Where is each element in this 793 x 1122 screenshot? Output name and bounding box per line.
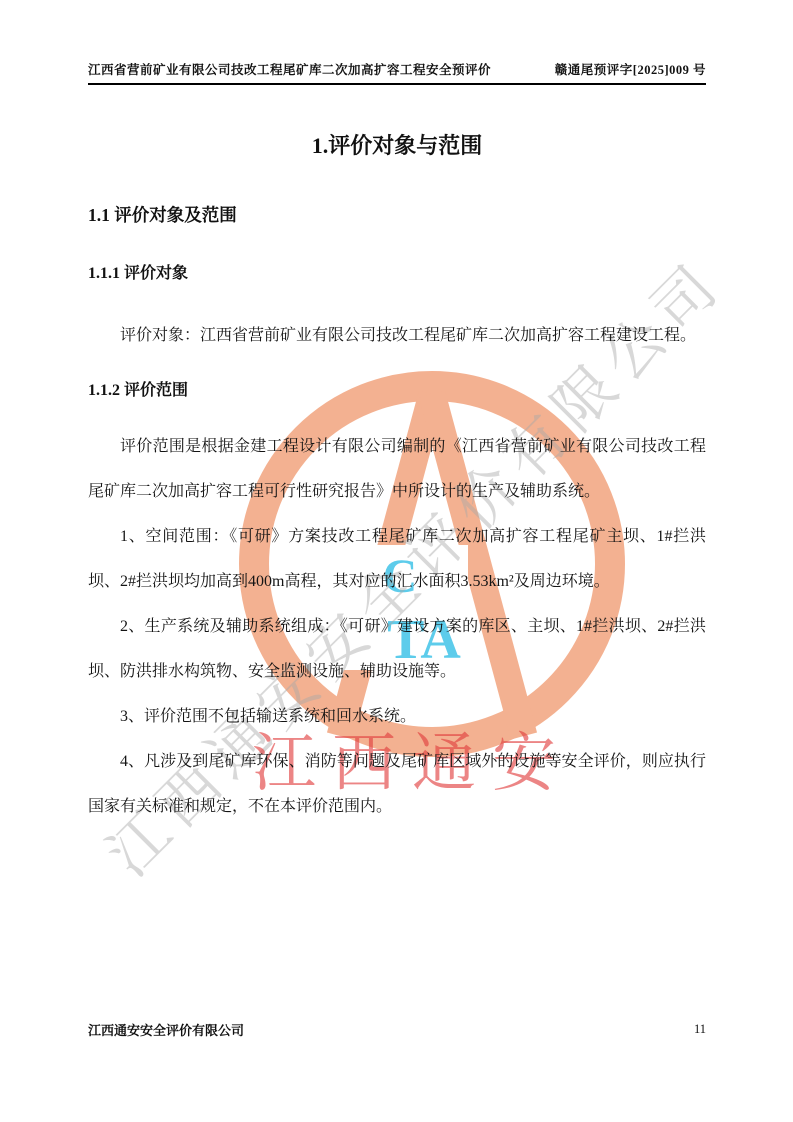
section-1-1-1-heading: 1.1.1 评价对象 xyxy=(88,261,706,287)
scope-item-1: 1、空间范围：《可研》方案技改工程尾矿库二次加高扩容工程尾矿主坝、1#拦洪坝、2… xyxy=(88,514,706,604)
header-report-title: 江西省营前矿业有限公司技改工程尾矿库二次加高扩容工程安全预评价 xyxy=(88,60,491,78)
scope-item-4: 4、凡涉及到尾矿库环保、消防等问题及尾矿库区域外的设施等安全评价，则应执行国家有… xyxy=(88,739,706,829)
evaluation-object-paragraph: 评价对象：江西省营前矿业有限公司技改工程尾矿库二次加高扩容工程建设工程。 xyxy=(88,313,706,358)
chapter-title: 1.评价对象与范围 xyxy=(88,130,706,162)
page-footer: 江西通安安全评价有限公司 11 xyxy=(88,1020,706,1039)
evaluation-scope-intro-paragraph: 评价范围是根据金建工程设计有限公司编制的《江西省营前矿业有限公司技改工程尾矿库二… xyxy=(88,424,706,514)
scope-item-2: 2、生产系统及辅助系统组成：《可研》建设方案的库区、主坝、1#拦洪坝、2#拦洪坝… xyxy=(88,604,706,694)
page-content: 江西省营前矿业有限公司技改工程尾矿库二次加高扩容工程安全预评价 赣通尾预评字[2… xyxy=(88,60,706,829)
footer-company-name: 江西通安安全评价有限公司 xyxy=(88,1020,244,1039)
footer-page-number: 11 xyxy=(694,1022,706,1037)
scope-item-3: 3、评价范围不包括输送系统和回水系统。 xyxy=(88,694,706,739)
page-header: 江西省营前矿业有限公司技改工程尾矿库二次加高扩容工程安全预评价 赣通尾预评字[2… xyxy=(88,60,706,85)
document-page: C TA 江西通安安全评价有限公司 江西通安 江西省营前矿业有限公司技改工程尾矿… xyxy=(0,0,793,1122)
section-1-1-heading: 1.1 评价对象及范围 xyxy=(88,202,706,228)
section-1-1-2-heading: 1.1.2 评价范围 xyxy=(88,378,706,404)
header-doc-number: 赣通尾预评字[2025]009 号 xyxy=(555,60,706,78)
